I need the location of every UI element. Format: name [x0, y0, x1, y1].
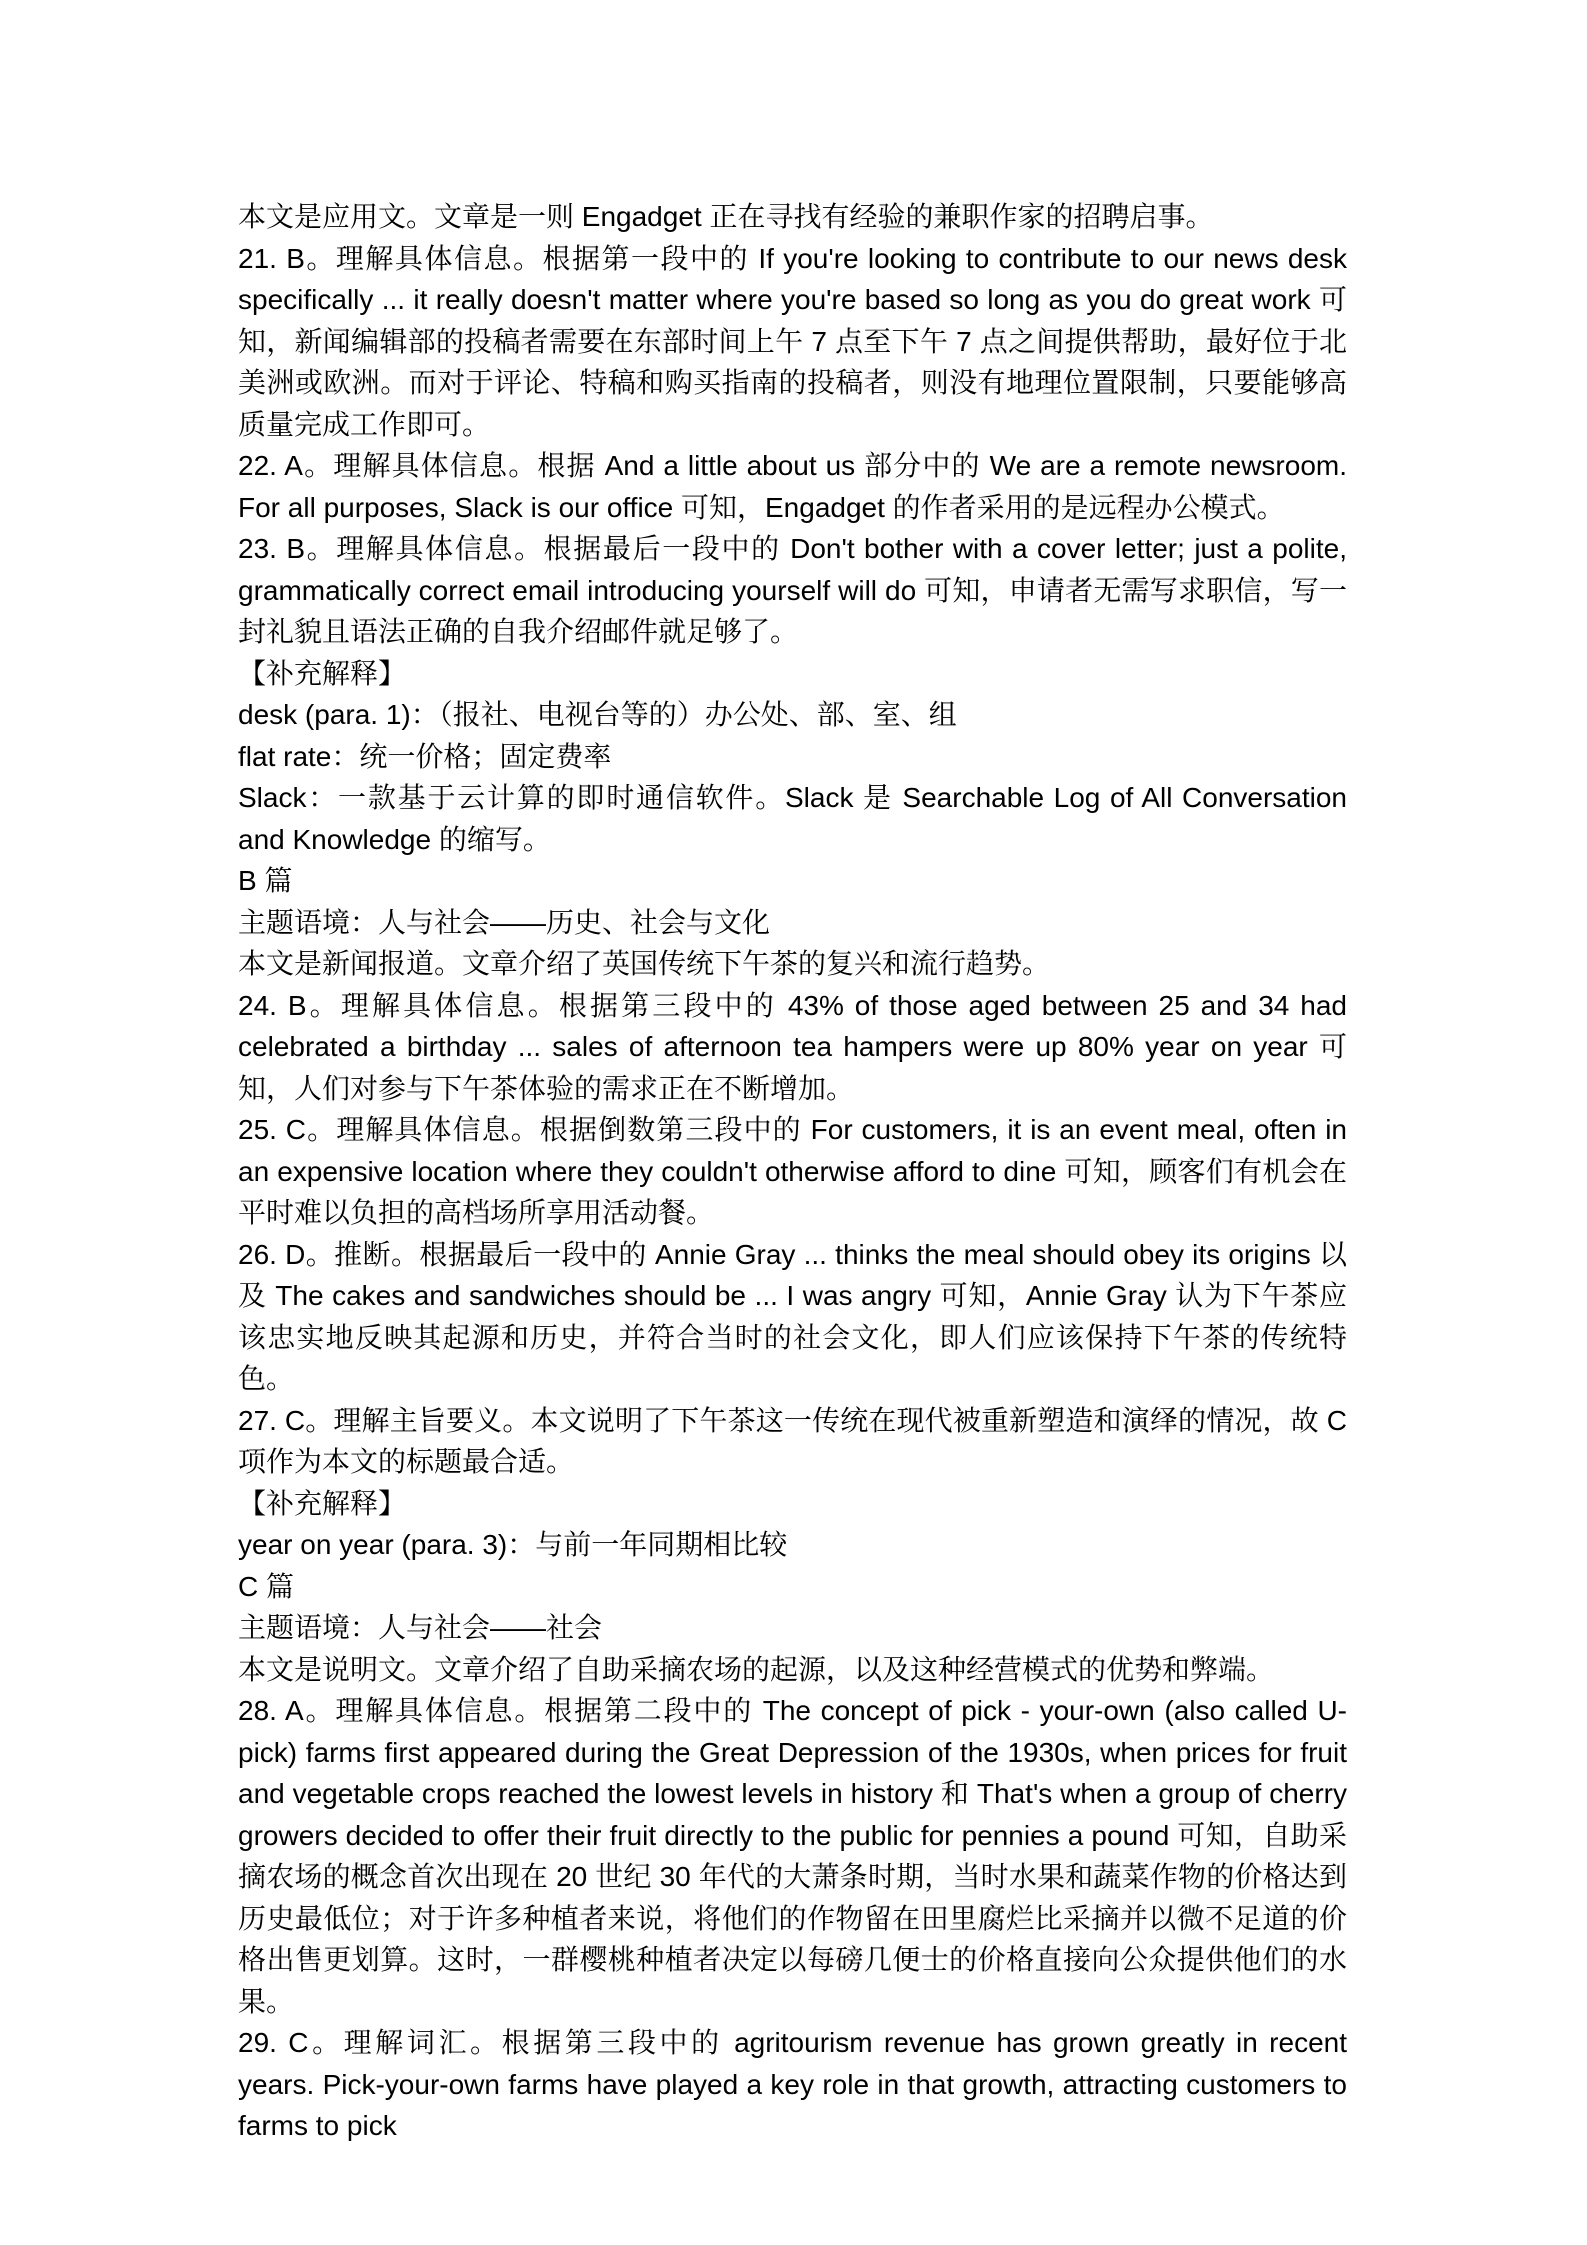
answer-explanation-21: 21. B。理解具体信息。根据第一段中的 If you're looking t…: [238, 238, 1347, 446]
vocab-note-flat-rate: flat rate：统一价格；固定费率: [238, 736, 1347, 778]
answer-explanation-25: 25. C。理解具体信息。根据倒数第三段中的 For customers, it…: [238, 1109, 1347, 1234]
passage-b-summary: 本文是新闻报道。文章介绍了英国传统下午茶的复兴和流行趋势。: [238, 943, 1347, 985]
vocab-note-slack: Slack：一款基于云计算的即时通信软件。Slack 是 Searchable …: [238, 777, 1347, 860]
answer-explanation-27: 27. C。理解主旨要义。本文说明了下午茶这一传统在现代被重新塑造和演绎的情况，…: [238, 1400, 1347, 1483]
document-body: 本文是应用文。文章是一则 Engadget 正在寻找有经验的兼职作家的招聘启事。…: [238, 196, 1347, 2147]
answer-explanation-22: 22. A。理解具体信息。根据 And a little about us 部分…: [238, 445, 1347, 528]
answer-explanation-29: 29. C。理解词汇。根据第三段中的 agritourism revenue h…: [238, 2022, 1347, 2147]
theme-context-c: 主题语境：人与社会——社会: [238, 1607, 1347, 1649]
section-b-label: B 篇: [238, 860, 1347, 902]
supplement-notes-heading-b: 【补充解释】: [238, 1483, 1347, 1525]
answer-explanation-23: 23. B。理解具体信息。根据最后一段中的 Don't bother with …: [238, 528, 1347, 653]
section-c-label: C 篇: [238, 1566, 1347, 1608]
answer-explanation-24: 24. B。理解具体信息。根据第三段中的 43% of those aged b…: [238, 985, 1347, 1110]
answer-explanation-26: 26. D。推断。根据最后一段中的 Annie Gray ... thinks …: [238, 1234, 1347, 1400]
theme-context-b: 主题语境：人与社会——历史、社会与文化: [238, 902, 1347, 944]
supplement-notes-heading-a: 【补充解释】: [238, 653, 1347, 695]
vocab-note-desk: desk (para. 1)：（报社、电视台等的）办公处、部、室、组: [238, 694, 1347, 736]
document-page: 本文是应用文。文章是一则 Engadget 正在寻找有经验的兼职作家的招聘启事。…: [0, 0, 1587, 2245]
answer-explanation-28: 28. A。理解具体信息。根据第二段中的 The concept of pick…: [238, 1690, 1347, 2022]
passage-c-summary: 本文是说明文。文章介绍了自助采摘农场的起源，以及这种经营模式的优势和弊端。: [238, 1649, 1347, 1691]
passage-a-summary: 本文是应用文。文章是一则 Engadget 正在寻找有经验的兼职作家的招聘启事。: [238, 196, 1347, 238]
vocab-note-year-on-year: year on year (para. 3)：与前一年同期相比较: [238, 1524, 1347, 1566]
